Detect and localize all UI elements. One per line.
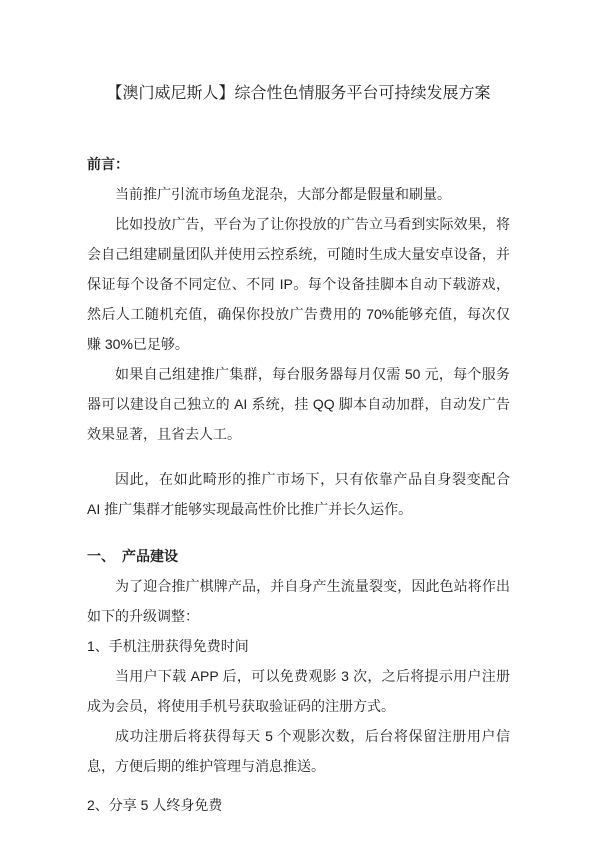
paragraph: 当前推广引流市场鱼龙混杂，大部分都是假量和刷量。 (87, 179, 510, 209)
document-title: 【澳门威尼斯人】综合性色情服务平台可持续发展方案 (87, 83, 510, 105)
paragraph: 成功注册后将获得每天 5 个观影次数，后台将保留注册用户信息，方便后期的维护管理… (87, 721, 510, 781)
paragraph: 比如投放广告，平台为了让你投放的广告立马看到实际效果，将会自己组建刷量团队并使用… (87, 209, 510, 359)
paragraph: 当用户下载 APP 后，可以免费观影 3 次，之后将提示用户注册成为会员，将使用… (87, 661, 510, 721)
paragraph: 如果自己组建推广集群，每台服务器每月仅需 50 元，每个服务器可以建设自己独立的… (87, 359, 510, 449)
preface-heading: 前言： (87, 149, 510, 179)
paragraph-spacer (87, 449, 510, 464)
list-item-2: 2、分享 5 人终身免费 (87, 790, 510, 820)
document-page: 【澳门威尼斯人】综合性色情服务平台可持续发展方案 前言： 当前推广引流市场鱼龙混… (0, 0, 595, 842)
list-item-1: 1、手机注册获得免费时间 (87, 631, 510, 661)
section-1-heading: 一、 产品建设 (87, 541, 510, 571)
paragraph: 因此，在如此畸形的推广市场下，只有依靠产品自身裂变配合 AI 推广集群才能够实现… (87, 464, 510, 524)
paragraph: 为了迎合推广棋牌产品，并自身产生流量裂变，因此色站将作出如下的升级调整： (87, 571, 510, 631)
